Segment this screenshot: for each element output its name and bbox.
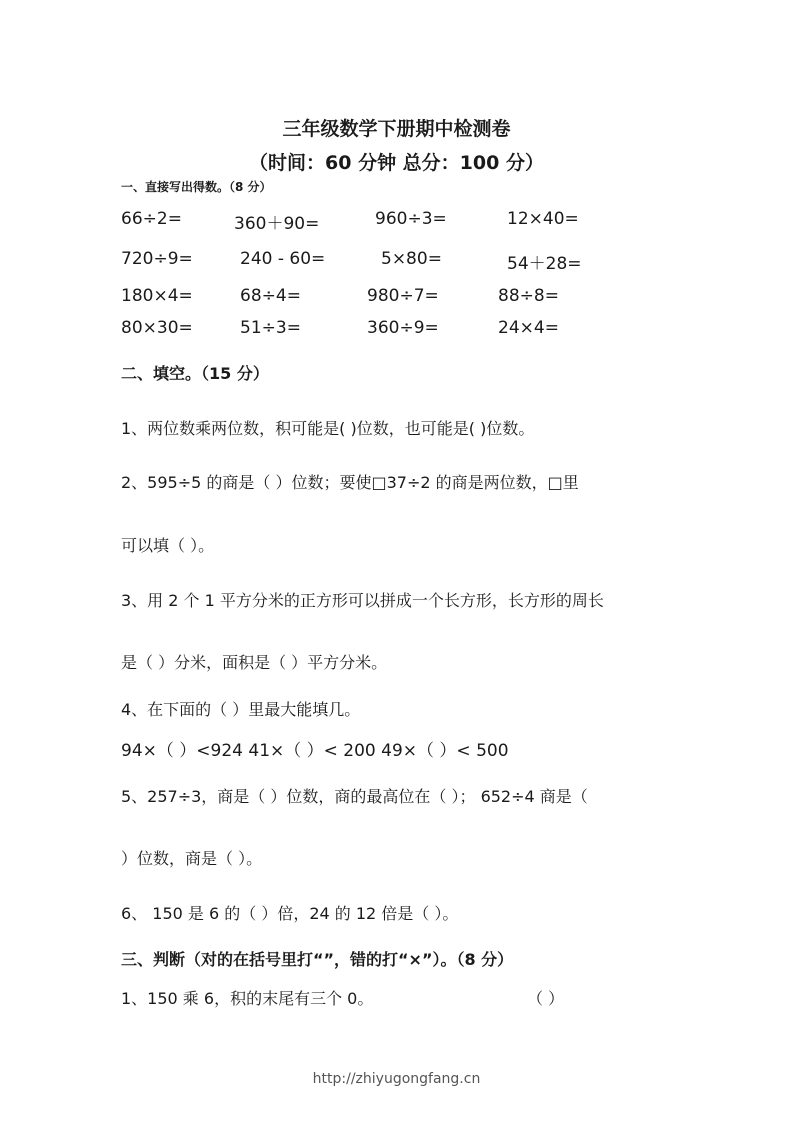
calc-item: 5×80= bbox=[381, 249, 442, 269]
section-3-heading: 三、判断（对的在括号里打“”，错的打“×”）。（8 分） bbox=[121, 947, 513, 970]
question-line: ）位数，商是（ ）。 bbox=[121, 846, 262, 869]
calc-item: 180×4= bbox=[121, 286, 193, 306]
calc-item: 24×4= bbox=[498, 318, 559, 338]
question-line: 是（ ）分米，面积是（ ）平方分米。 bbox=[121, 650, 387, 673]
section-1-heading: 一、直接写出得数。（8 分） bbox=[121, 178, 272, 195]
question-line: 2、595÷5 的商是（ ）位数；要使□37÷2 的商是两位数，□里 bbox=[121, 470, 579, 493]
calc-item: 360＋90= bbox=[234, 209, 319, 234]
question-line: 6、 150 是 6 的（ ）倍，24 的 12 倍是（ ）。 bbox=[121, 901, 458, 924]
exam-info: （时间：60 分钟 总分：100 分） bbox=[0, 148, 793, 175]
calc-item: 960÷3= bbox=[375, 209, 447, 229]
calc-item: 66÷2= bbox=[121, 209, 182, 229]
calc-item: 88÷8= bbox=[498, 286, 559, 306]
footer-url: http://zhiyugongfang.cn bbox=[0, 1071, 793, 1087]
answer-bracket: （ ） bbox=[527, 986, 564, 1009]
question-line: 94×（ ）<924 41×（ ）< 200 49×（ ）< 500 bbox=[121, 736, 509, 761]
question-line: 3、用 2 个 1 平方分米的正方形可以拼成一个长方形，长方形的周长 bbox=[121, 588, 604, 611]
calc-item: 80×30= bbox=[121, 318, 193, 338]
calc-item: 12×40= bbox=[507, 209, 579, 229]
calc-item: 54＋28= bbox=[507, 249, 582, 274]
calc-item: 51÷3= bbox=[240, 318, 301, 338]
calc-item: 240 - 60= bbox=[240, 249, 325, 269]
calc-item: 720÷9= bbox=[121, 249, 193, 269]
question-line: 4、在下面的（ ）里最大能填几。 bbox=[121, 697, 360, 720]
question-line: 5、257÷3，商是（ ）位数，商的最高位在（ ）； 652÷4 商是（ bbox=[121, 784, 588, 807]
calc-item: 360÷9= bbox=[367, 318, 439, 338]
calc-item: 68÷4= bbox=[240, 286, 301, 306]
section-2-heading: 二、填空。（15 分） bbox=[121, 361, 269, 384]
question-line: 1、两位数乘两位数，积可能是( )位数，也可能是( )位数。 bbox=[121, 416, 534, 439]
page-title: 三年级数学下册期中检测卷 bbox=[0, 114, 793, 141]
question-line: 可以填（ ）。 bbox=[121, 533, 214, 556]
judgment-item-text: 1、150 乘 6，积的末尾有三个 0。 bbox=[121, 986, 373, 1009]
calc-item: 980÷7= bbox=[367, 286, 439, 306]
